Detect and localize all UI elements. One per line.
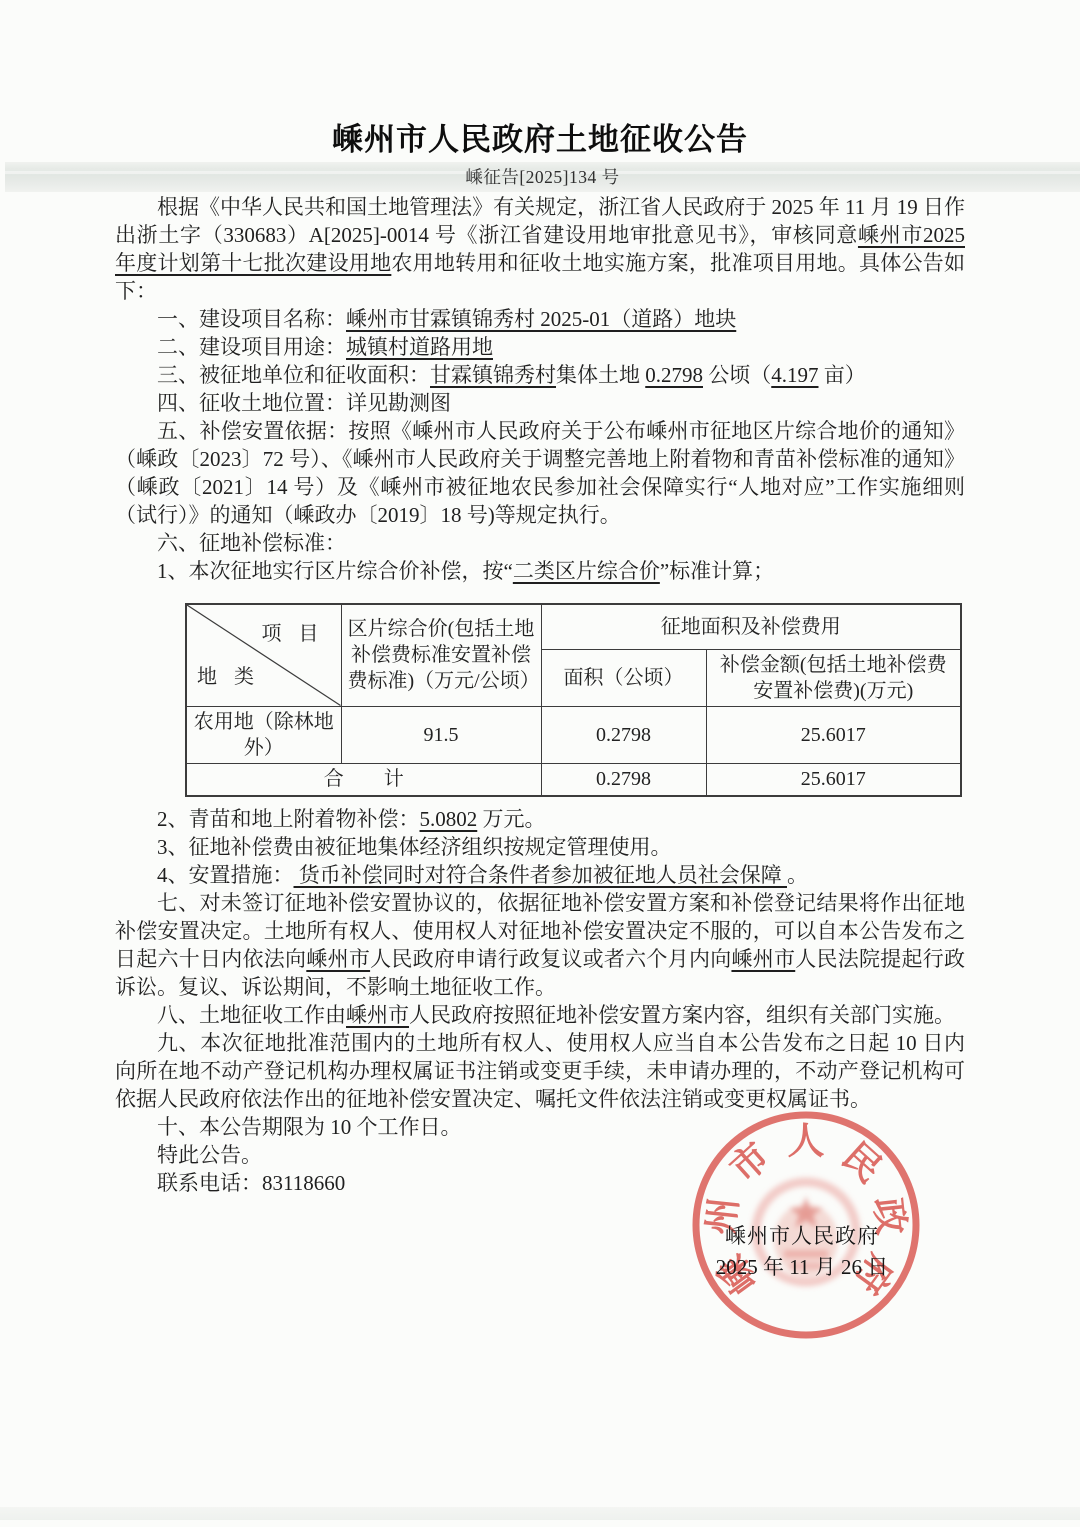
item-6-1: 1、本次征地实行区片综合价补偿，按“二类区片综合价”标准计算； [115,557,965,585]
item-6-3: 3、征地补偿费由被征地集体经济组织按规定管理使用。 [115,833,965,861]
announcement-page: 嵊州市人民政府土地征收公告 嵊征告[2025]134 号 根据《中华人民共和国土… [0,0,1080,1527]
document-body: 根据《中华人民共和国土地管理法》有关规定，浙江省人民政府于 2025 年 11 … [115,193,965,1197]
area-cell: 0.2798 [541,706,706,763]
corner-label-landtype: 地 类 [197,664,260,690]
item-6-standard: 六、征地补偿标准： [115,529,965,557]
group-header: 征地面积及补偿费用 [541,604,961,649]
total-label-cell: 合 计 [186,763,541,796]
price-cell: 91.5 [341,706,541,763]
item-8: 八、土地征收工作由嵊州市人民政府按照征地补偿安置方案内容，组织有关部门实施。 [115,1001,965,1029]
item-5-basis: 五、补偿安置依据：按照《嵊州市人民政府关于公布嵊州市征地区片综合地价的通知》（嵊… [115,417,965,529]
document-title: 嵊州市人民政府土地征收公告 [0,114,1080,159]
compensation-table: 项 目 地 类 区片综合价(包括土地补偿费标准安置补偿费标准)（万元/公顷） 征… [185,603,962,797]
item-4-location: 四、征收土地位置：详见勘测图 [115,389,965,417]
price-column-header: 区片综合价(包括土地补偿费标准安置补偿费标准)（万元/公顷） [341,604,541,706]
document-number: 嵊征告[2025]134 号 [5,162,1080,192]
scan-band-bottom [0,1507,1080,1520]
amount-cell: 25.6017 [706,706,961,763]
signature-name: 嵊州市人民政府 [697,1220,907,1250]
total-amount-cell: 25.6017 [706,763,961,796]
item-6-2: 2、青苗和地上附着物补偿：5.0802 万元。 [115,805,965,833]
corner-label-item: 项 目 [262,621,325,647]
intro-paragraph: 根据《中华人民共和国土地管理法》有关规定，浙江省人民政府于 2025 年 11 … [115,193,965,305]
item-3-unit-area: 三、被征地单位和征收面积：甘霖镇锦秀村集体土地 0.2798 公顷（4.197 … [115,361,965,389]
body-section-1: 根据《中华人民共和国土地管理法》有关规定，浙江省人民政府于 2025 年 11 … [115,193,965,585]
signature-date: 2025 年 11 月 26 日 [697,1251,907,1281]
table-total-row: 合 计 0.2798 25.6017 [186,763,961,796]
item-1-project-name: 一、建设项目名称：嵊州市甘霖镇锦秀村 2025-01（道路）地块 [115,305,965,333]
total-area-cell: 0.2798 [541,763,706,796]
table-row: 农用地（除林地外） 91.5 0.2798 25.6017 [186,706,961,763]
scan-band-top: 嵊征告[2025]134 号 [5,162,1080,192]
item-7: 七、对未签订征地补偿安置协议的，依据征地补偿安置方案和补偿登记结果将作出征地补偿… [115,889,965,1001]
area-column-header: 面积（公顷） [541,649,706,706]
land-type-cell: 农用地（除林地外） [186,706,341,763]
svg-text:人: 人 [788,1122,825,1163]
amount-column-header: 补偿金额(包括土地补偿费安置补偿费)(万元) [706,649,961,706]
item-2-project-use: 二、建设项目用途：城镇村道路用地 [115,333,965,361]
item-6-4: 4、安置措施： 货币补偿同时对符合条件者参加被征地人员社会保障 。 [115,861,965,889]
table-corner-cell: 项 目 地 类 [186,604,341,706]
